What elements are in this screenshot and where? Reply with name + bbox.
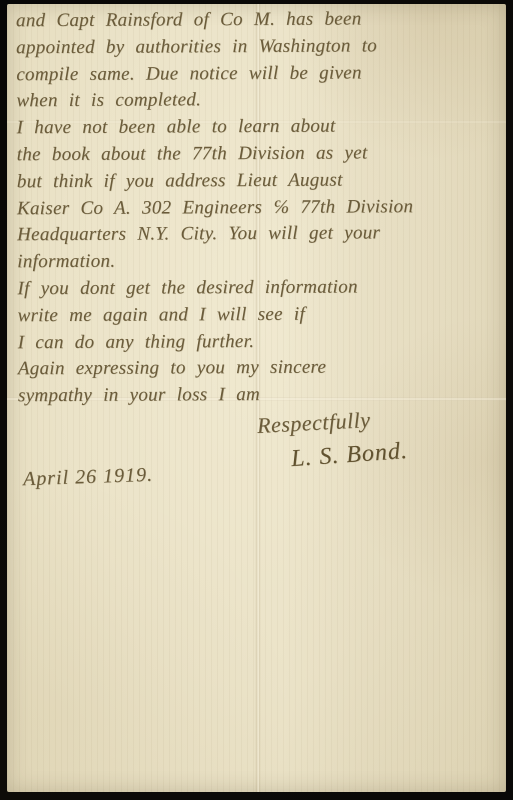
letter-line: when it is completed. [16,86,497,115]
letter-line: write me again and I will see if [17,301,498,330]
letter-line: the book about the 77th Division as yet [17,140,498,169]
letter-line: Again expressing to you my sincere [18,354,499,383]
letter-line: but think if you address Lieut August [17,167,498,196]
letter-line: I can do any thing further. [18,327,499,356]
letter-page: and Capt Rainsford of Co M. has been app… [7,4,506,792]
letter-line: appointed by authorities in Washington t… [16,33,497,62]
letter-body: and Capt Rainsford of Co M. has been app… [16,6,499,410]
letter-line: and Capt Rainsford of Co M. has been [16,6,497,35]
scan-background: { "letter": { "lines": [ "and Capt Rains… [0,0,513,800]
letter-date: April 26 1919. [23,464,154,492]
letter-line: compile same. Due notice will be given [16,59,497,88]
letter-closing: Respectfully [256,407,371,439]
letter-signature: L. S. Bond. [290,438,409,473]
letter-line: Headquarters N.Y. City. You will get you… [17,220,498,249]
letter-scan: and Capt Rainsford of Co M. has been app… [0,0,513,800]
letter-line: Kaiser Co A. 302 Engineers ℅ 77th Divisi… [17,193,498,222]
letter-line: If you dont get the desired information [17,274,498,303]
letter-line: I have not been able to learn about [17,113,498,142]
letter-line: sympathy in your loss I am [18,381,499,410]
letter-line: information. [17,247,498,276]
